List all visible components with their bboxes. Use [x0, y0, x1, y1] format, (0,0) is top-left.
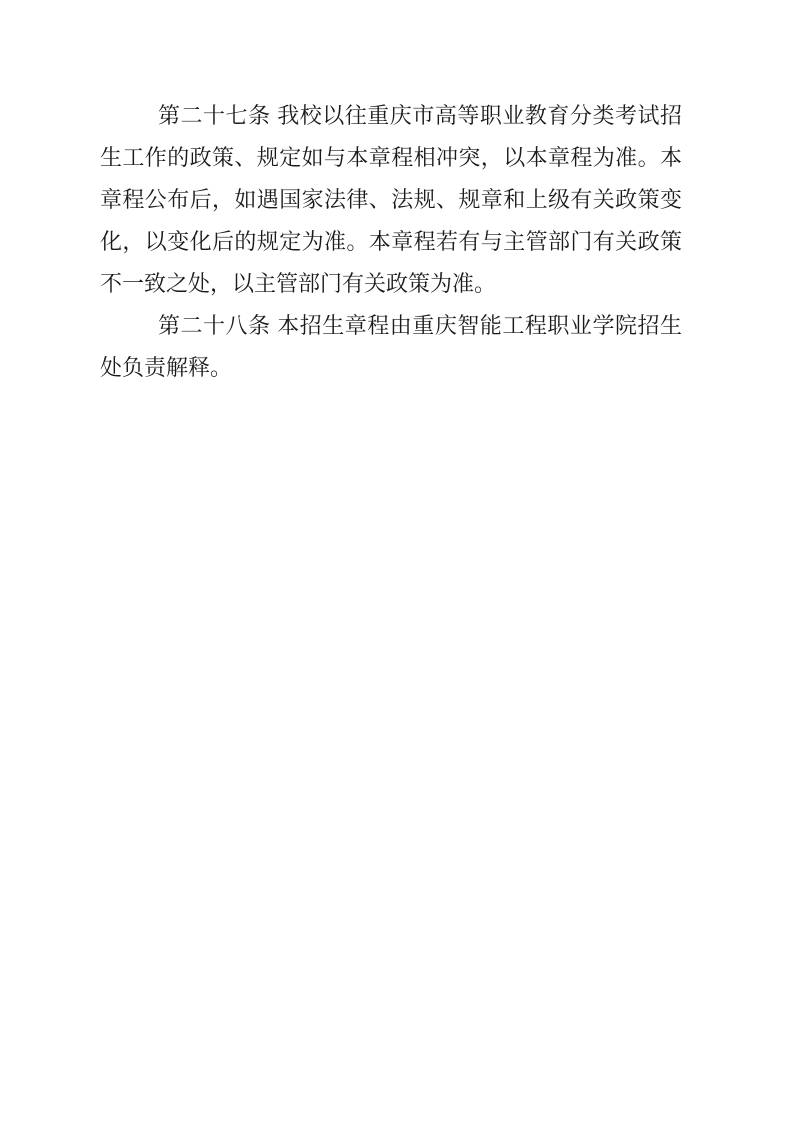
paragraph-article-28: 第二十八条 本招生章程由重庆智能工程职业学院招生处负责解释。 [100, 305, 682, 389]
paragraph-article-27: 第二十七条 我校以往重庆市高等职业教育分类考试招生工作的政策、规定如与本章程相冲… [100, 95, 682, 305]
document-page: 第二十七条 我校以往重庆市高等职业教育分类考试招生工作的政策、规定如与本章程相冲… [0, 0, 800, 1132]
document-text-block: 第二十七条 我校以往重庆市高等职业教育分类考试招生工作的政策、规定如与本章程相冲… [100, 95, 682, 389]
